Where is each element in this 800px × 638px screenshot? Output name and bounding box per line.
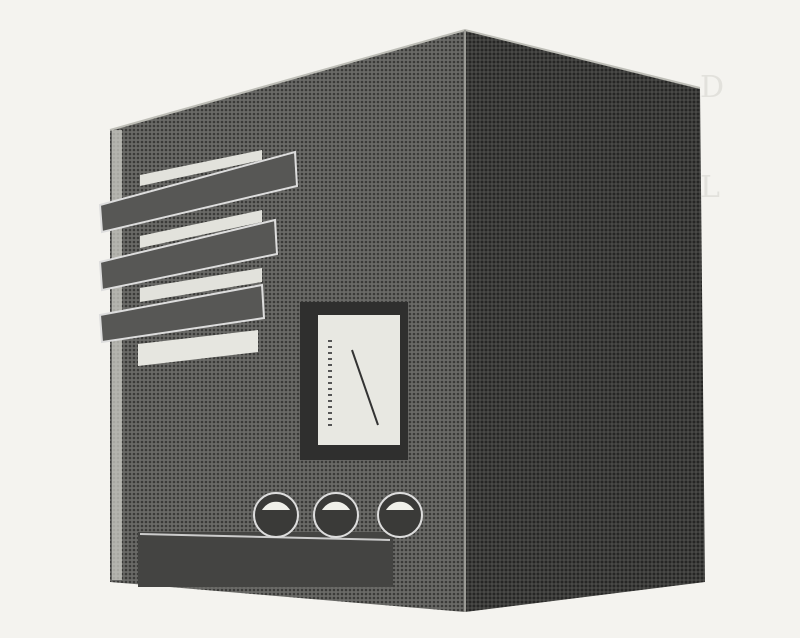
tuning-dial xyxy=(300,302,408,460)
control-knobs xyxy=(254,493,422,537)
cabinet-side xyxy=(465,30,705,612)
radio-photo xyxy=(0,0,800,638)
